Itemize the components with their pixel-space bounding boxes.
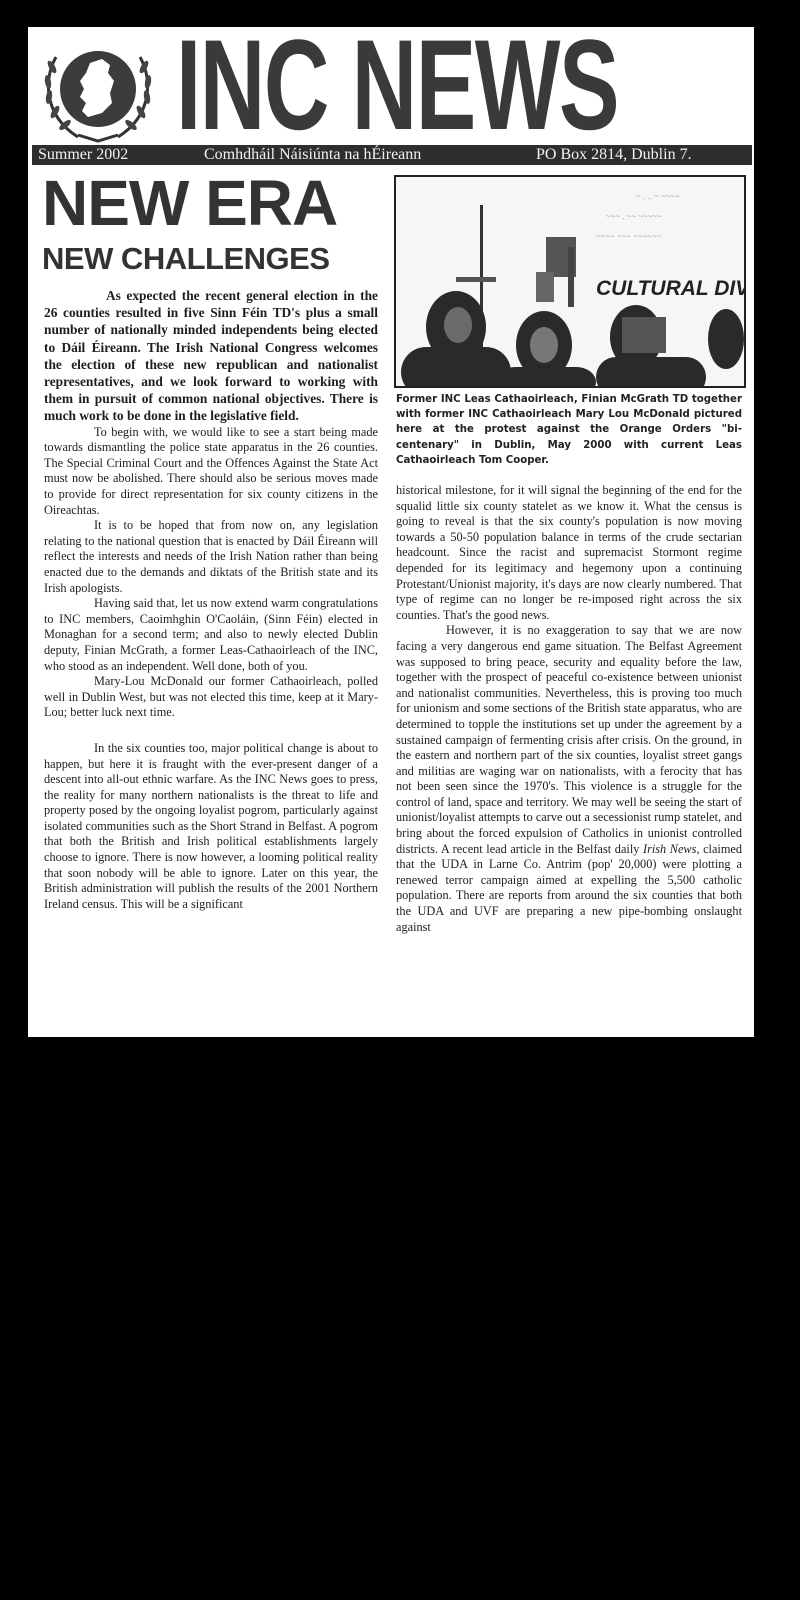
newsletter-page: INC NEWS Summer 2002 Comhdháil Náisiúnta…	[28, 27, 754, 1037]
banner-text: CULTURAL DIVERSITY ?	[596, 277, 744, 300]
headline-block: NEW ERA NEW CHALLENGES	[42, 167, 382, 279]
svg-text:~~~ . ~~ ~~~~~: ~~~ . ~~ ~~~~~	[606, 212, 662, 221]
body-paragraph: Mary-Lou McDonald our former Cathaoirlea…	[44, 674, 378, 721]
body-text: However, it is no exaggeration to say th…	[396, 623, 742, 855]
svg-text:~~~~ ~~~ ~~~~~~: ~~~~ ~~~ ~~~~~~	[596, 232, 662, 241]
body-paragraph: It is to be hoped that from now on, any …	[44, 518, 378, 596]
protest-photo: ~ . .. ~ ~~~~ ~~~ . ~~ ~~~~~ ~~~~ ~~~ ~~…	[394, 175, 746, 388]
organisation-name: Comhdháil Náisiúnta na hÉireann	[204, 145, 421, 165]
photo-caption: Former INC Leas Cathaoirleach, Finian Mc…	[396, 392, 742, 468]
svg-text:~ . .. ~ ~~~~: ~ . .. ~ ~~~~	[636, 192, 680, 201]
issue-date: Summer 2002	[38, 145, 128, 165]
headline: NEW ERA	[42, 167, 382, 239]
ireland-wreath-emblem-icon	[38, 37, 158, 147]
subheadline: NEW CHALLENGES	[42, 239, 382, 279]
left-column: As expected the recent general election …	[44, 287, 378, 912]
publication-name: Irish News	[643, 842, 696, 856]
lead-paragraph: As expected the recent general election …	[44, 287, 378, 425]
masthead-info-bar: Summer 2002 Comhdháil Náisiúnta na hÉire…	[32, 145, 752, 165]
masthead: INC NEWS Summer 2002 Comhdháil Náisiúnta…	[28, 27, 754, 147]
lead-paragraph-wrap: As expected the recent general election …	[44, 287, 378, 425]
body-paragraph: historical milestone, for it will signal…	[396, 483, 742, 623]
protest-photo-image: ~ . .. ~ ~~~~ ~~~ . ~~ ~~~~~ ~~~~ ~~~ ~~…	[396, 177, 744, 386]
body-paragraph: In the six counties too, major political…	[44, 741, 378, 913]
right-column: historical milestone, for it will signal…	[396, 483, 742, 935]
body-paragraph: However, it is no exaggeration to say th…	[396, 623, 742, 935]
body-paragraph: Having said that, let us now extend warm…	[44, 596, 378, 674]
newsletter-title: INC NEWS	[176, 25, 588, 145]
postal-address: PO Box 2814, Dublin 7.	[536, 145, 692, 165]
body-paragraph: To begin with, we would like to see a st…	[44, 425, 378, 519]
